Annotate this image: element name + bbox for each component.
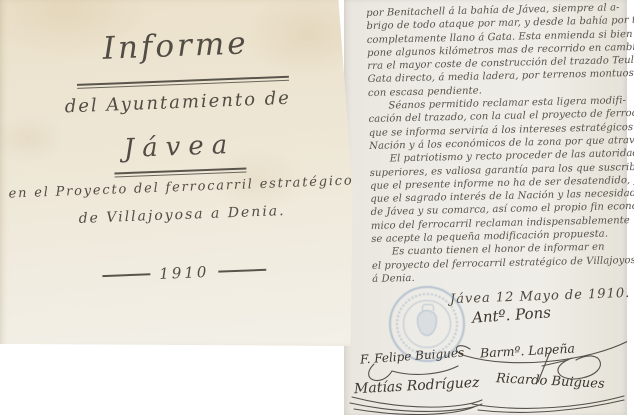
left-page-text-block: Informe del Ayuntamiento de Jávea en el … [0, 0, 367, 352]
project-line: en el Proyecto del ferrocarril estratégi… [1, 173, 361, 202]
year-value: 1910 [159, 263, 210, 283]
right-page: por Benitachell á la bahía de Jávea, sie… [344, 0, 627, 415]
place-name: Jávea [0, 125, 360, 169]
place-underline [114, 167, 246, 177]
year-row: 1910 [4, 257, 364, 289]
title-underline [77, 76, 289, 89]
left-page: Informe del Ayuntamiento de Jávea en el … [0, 0, 357, 346]
route-line: de Villajoyosa a Denia. [2, 200, 362, 230]
scanned-document: Informe del Ayuntamiento de Jávea en el … [0, 0, 634, 415]
report-title: Informe [0, 21, 356, 71]
subtitle-line: del Ayuntamiento de [0, 85, 358, 120]
year-dash-right [218, 269, 266, 273]
year-dash-left [102, 273, 150, 277]
